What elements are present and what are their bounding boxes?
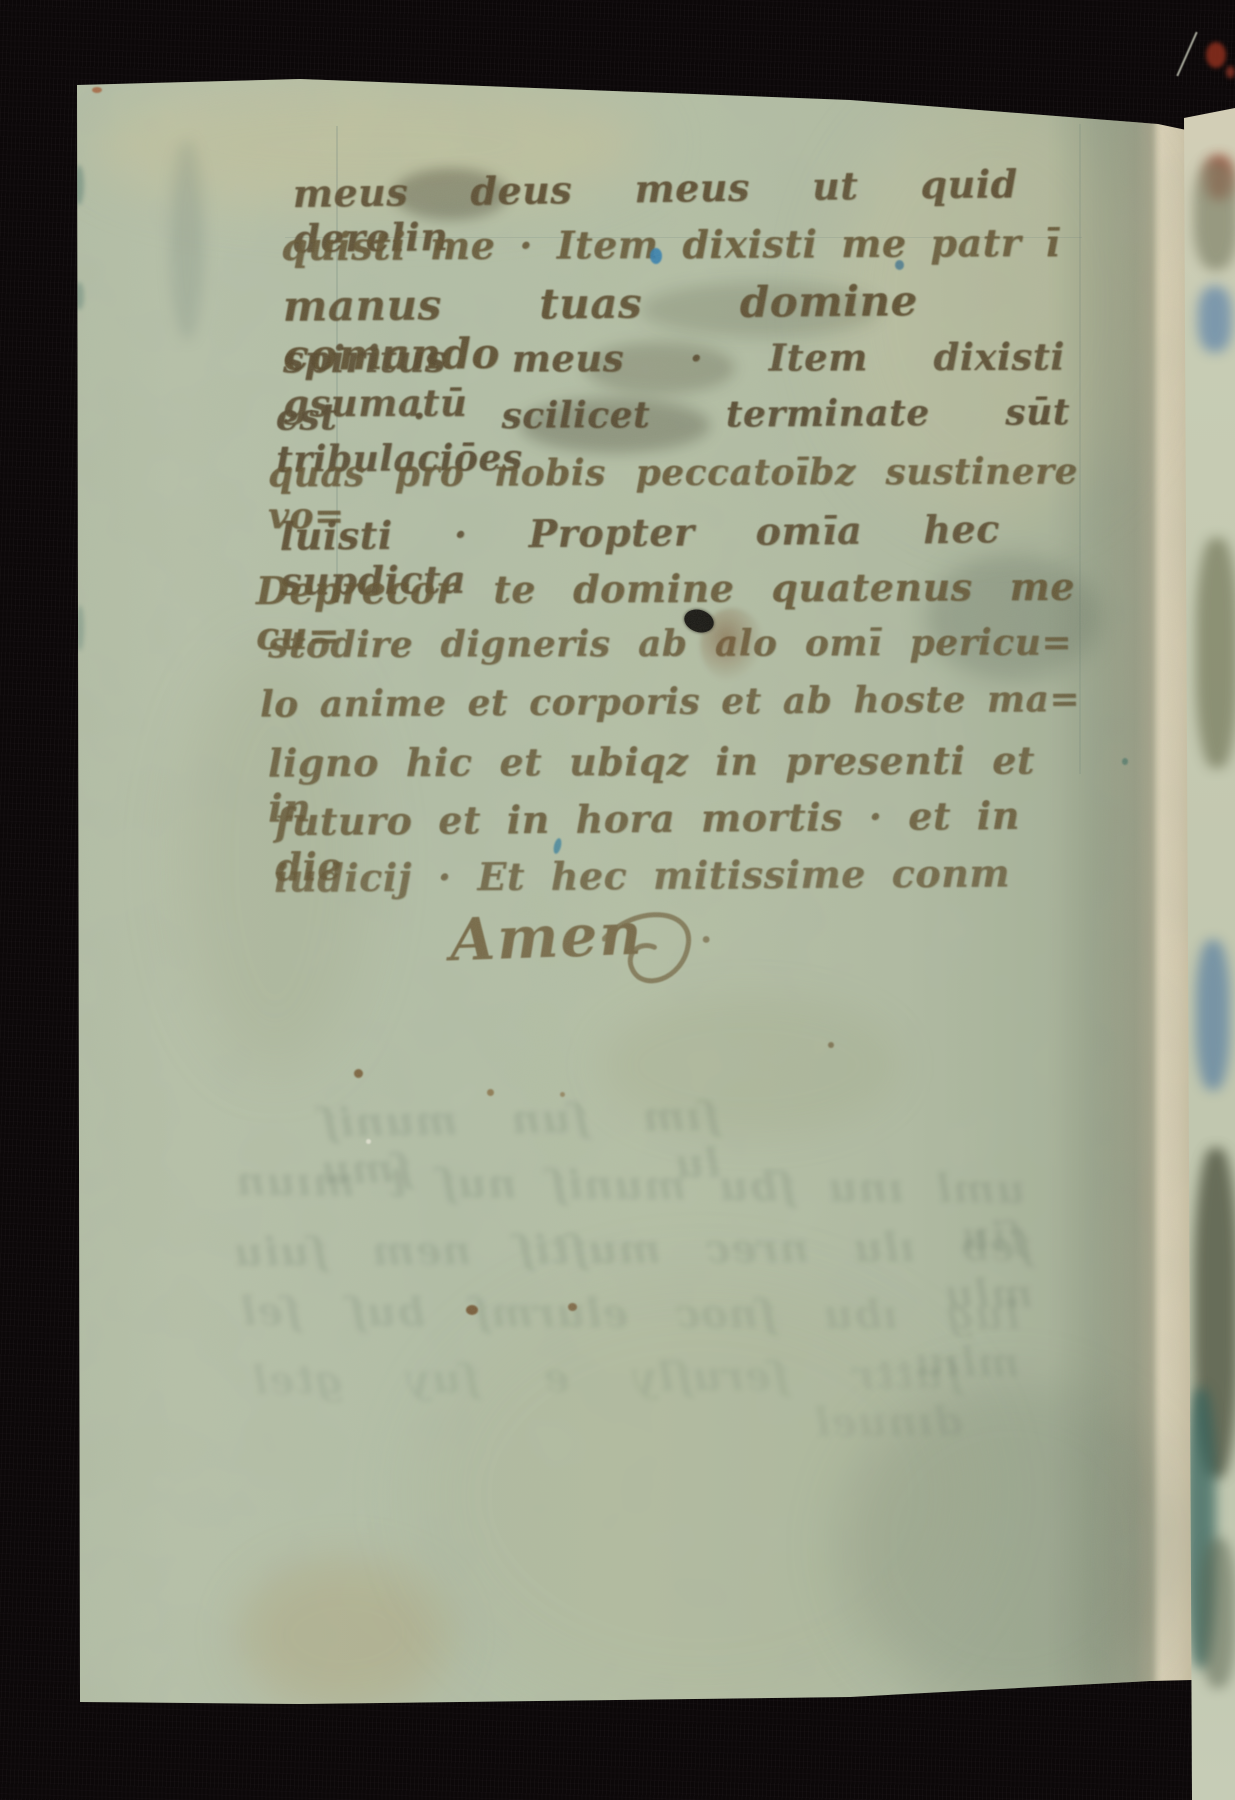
teal-edge-stain (75, 282, 84, 310)
teal-edge-stain (74, 165, 84, 205)
stray-fiber (1176, 32, 1197, 77)
red-paint-speck (1206, 42, 1226, 68)
teal-edge-stain (76, 605, 84, 651)
adjacent-leaf-text-blur (1196, 538, 1235, 768)
manuscript-text-line: iudicij · Et hec mitissime conm (274, 850, 1010, 900)
photo-backdrop: ſım ſun muniſ lu ſmu uml ınu ſbu muniſ n… (0, 0, 1235, 1800)
adjacent-leaf-ornament-blue (1196, 940, 1230, 1090)
red-paint-speck (1226, 66, 1235, 78)
amen-flourish-stroke (601, 905, 725, 1019)
brown-speck (354, 1069, 363, 1078)
blue-ink-speck (895, 260, 904, 270)
rust-speck-corner (92, 87, 102, 93)
stain-left-smudge (170, 140, 204, 340)
brown-speck (466, 1305, 478, 1315)
amen-word: Amen (449, 900, 645, 975)
adjacent-leaf-text-blur (1200, 1538, 1235, 1688)
manuscript-text-line: stodire digneris ab alo omī pericu= (268, 622, 1072, 667)
stain-bottom-left (240, 1560, 450, 1710)
manuscript-leaf: ſım ſun muniſ lu ſmu uml ınu ſbu muniſ n… (0, 0, 1235, 1800)
brown-speck (487, 1089, 494, 1096)
white-speck (366, 1139, 371, 1144)
show-through-line: ſuttr ſeruſly e ſuy gtel dınuel (252, 1351, 963, 1451)
blue-ink-speck (650, 248, 662, 264)
brown-speck (568, 1303, 577, 1311)
manuscript-text-line: quisti me · Item dixisti me patr ī (281, 220, 1060, 269)
adjacent-leaf-ornament-blue (1198, 286, 1232, 352)
gutter-fold-shadow (1050, 95, 1155, 1690)
brown-speck (560, 1092, 565, 1097)
brown-speck (828, 1042, 834, 1048)
adjacent-leaf-text-blur (1194, 160, 1235, 270)
manuscript-text-line: lo anime et corporis et ab hoste ma= (260, 678, 1080, 726)
